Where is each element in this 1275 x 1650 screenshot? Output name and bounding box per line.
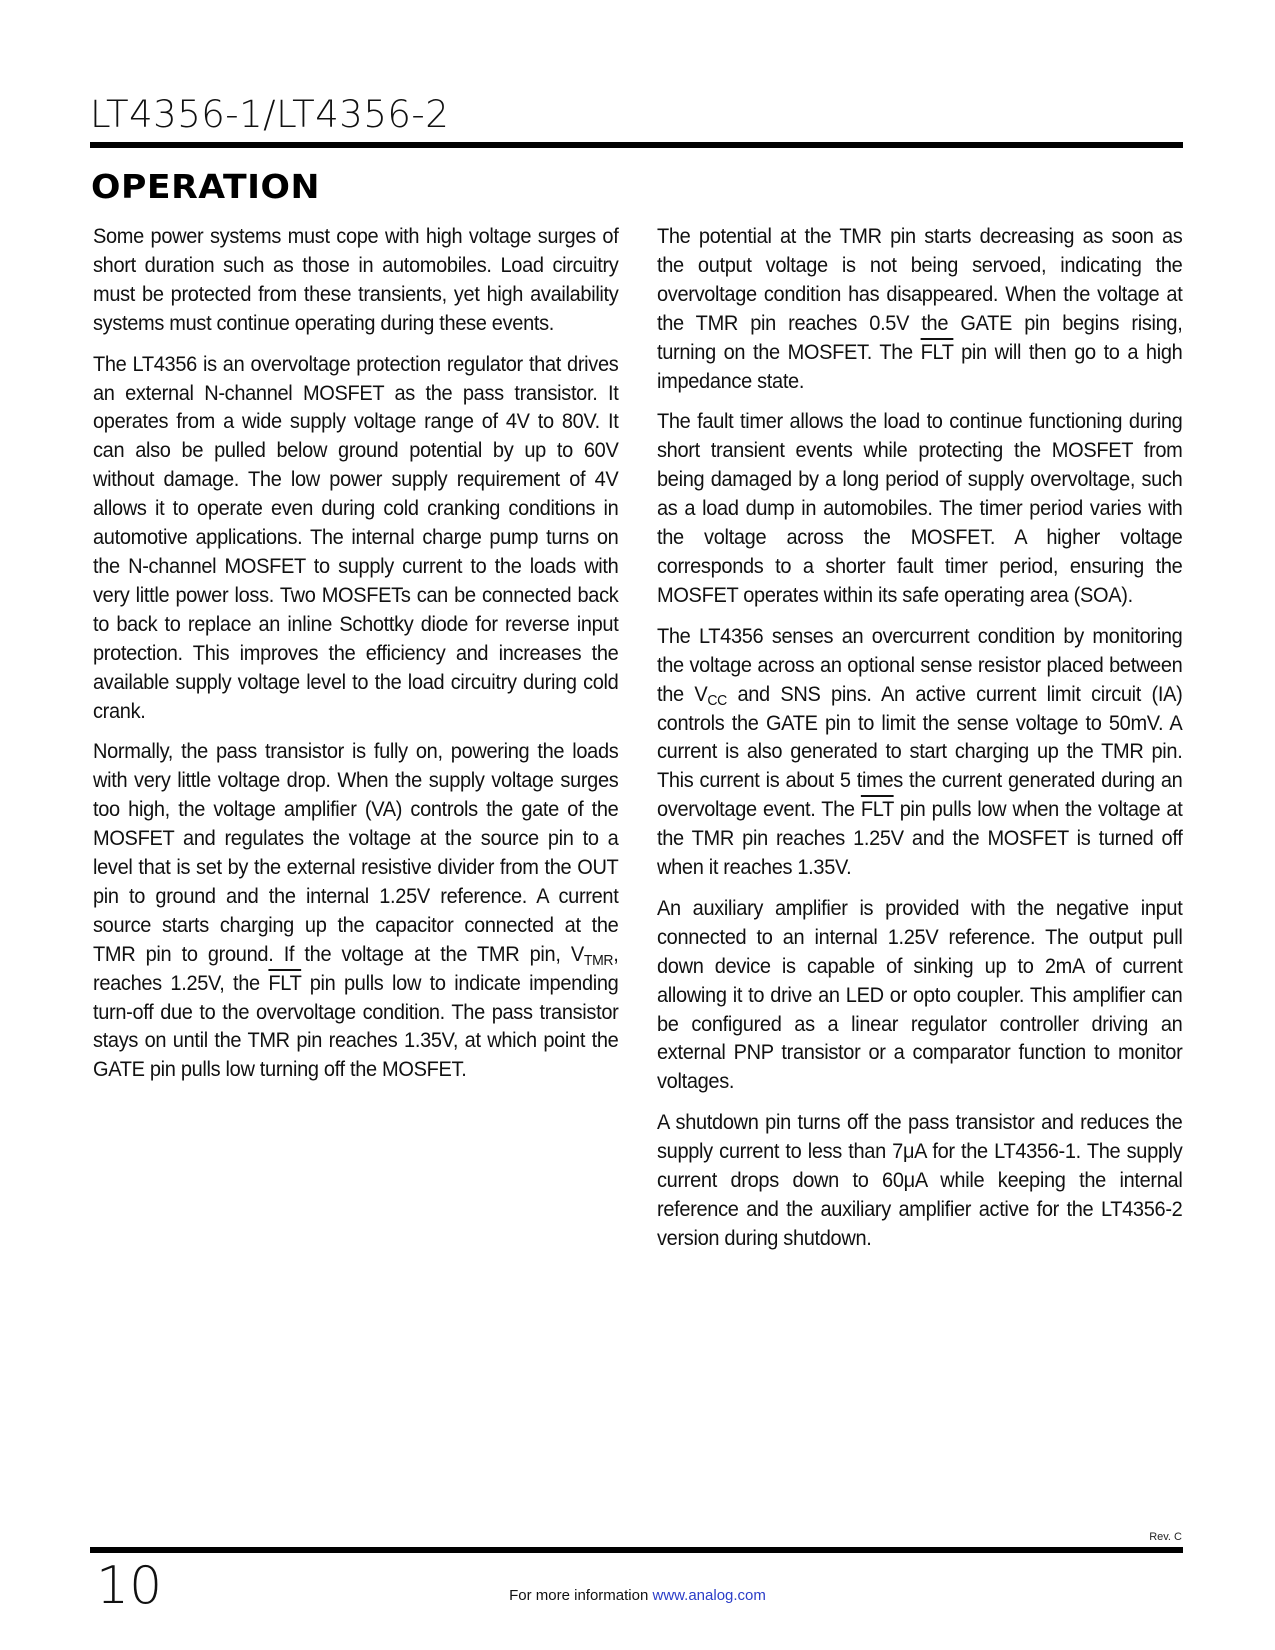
flt-pin-label: FLT	[921, 340, 954, 364]
left-column: Some power systems must cope with high v…	[93, 222, 618, 1096]
header-rule	[90, 142, 1183, 148]
flt-pin-label: FLT	[861, 797, 894, 821]
analog-website-link[interactable]: www.analog.com	[653, 1587, 766, 1604]
paragraph-fault-timer: The fault timer allows the load to conti…	[657, 407, 1182, 609]
right-column: The potential at the TMR pin starts decr…	[657, 222, 1182, 1265]
footer-rule	[90, 1547, 1183, 1553]
paragraph-auxiliary-amplifier: An auxiliary amplifier is provided with …	[657, 894, 1182, 1096]
paragraph-overcurrent: The LT4356 senses an overcurrent conditi…	[657, 622, 1182, 882]
paragraph-tmr-recovery: The potential at the TMR pin starts decr…	[657, 222, 1182, 395]
section-title: OPERATION	[91, 170, 320, 203]
paragraph-shutdown: A shutdown pin turns off the pass transi…	[657, 1108, 1182, 1253]
part-number-header: LT4356-1/LT4356-2	[90, 96, 449, 133]
flt-pin-label: FLT	[268, 971, 301, 995]
footer-info: For more information www.analog.com	[0, 1587, 1275, 1604]
paragraph-normal-operation: Normally, the pass transistor is fully o…	[93, 737, 618, 1084]
paragraph-intro: Some power systems must cope with high v…	[93, 222, 618, 338]
page-number: 10	[96, 1560, 162, 1612]
paragraph-overview: The LT4356 is an overvoltage protection …	[93, 350, 618, 726]
revision-label: Rev. C	[1149, 1531, 1182, 1543]
